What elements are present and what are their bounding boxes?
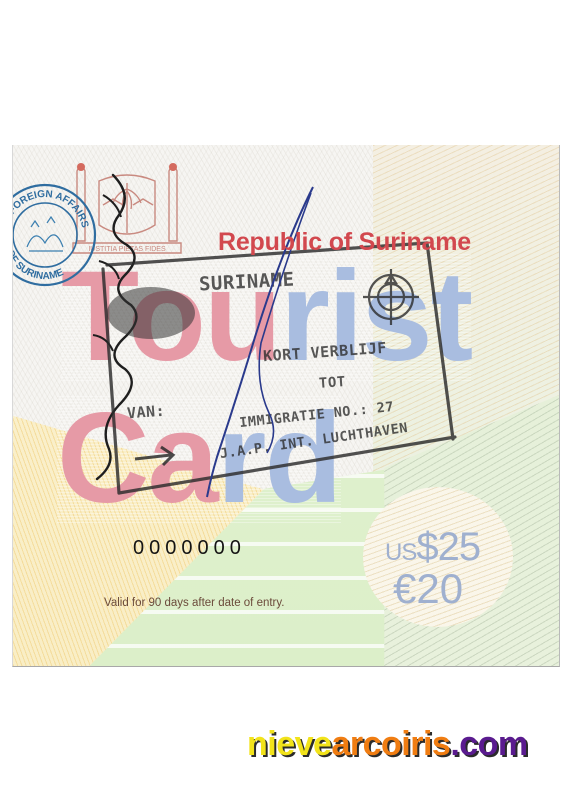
- price-eur: €20: [393, 565, 463, 613]
- validity-note: Valid for 90 days after date of entry.: [104, 597, 284, 609]
- issuer-title: Republic of Suriname: [218, 228, 471, 257]
- price-usd: US$25: [385, 525, 480, 570]
- site-watermark: nievearcoiris.com: [247, 725, 528, 764]
- stamp-van: VAN:: [126, 402, 165, 423]
- serial-number: 0000000: [133, 537, 246, 560]
- tourist-card: Tourist Card IUSTITIA PIETAS FIDES FOREI…: [12, 145, 560, 667]
